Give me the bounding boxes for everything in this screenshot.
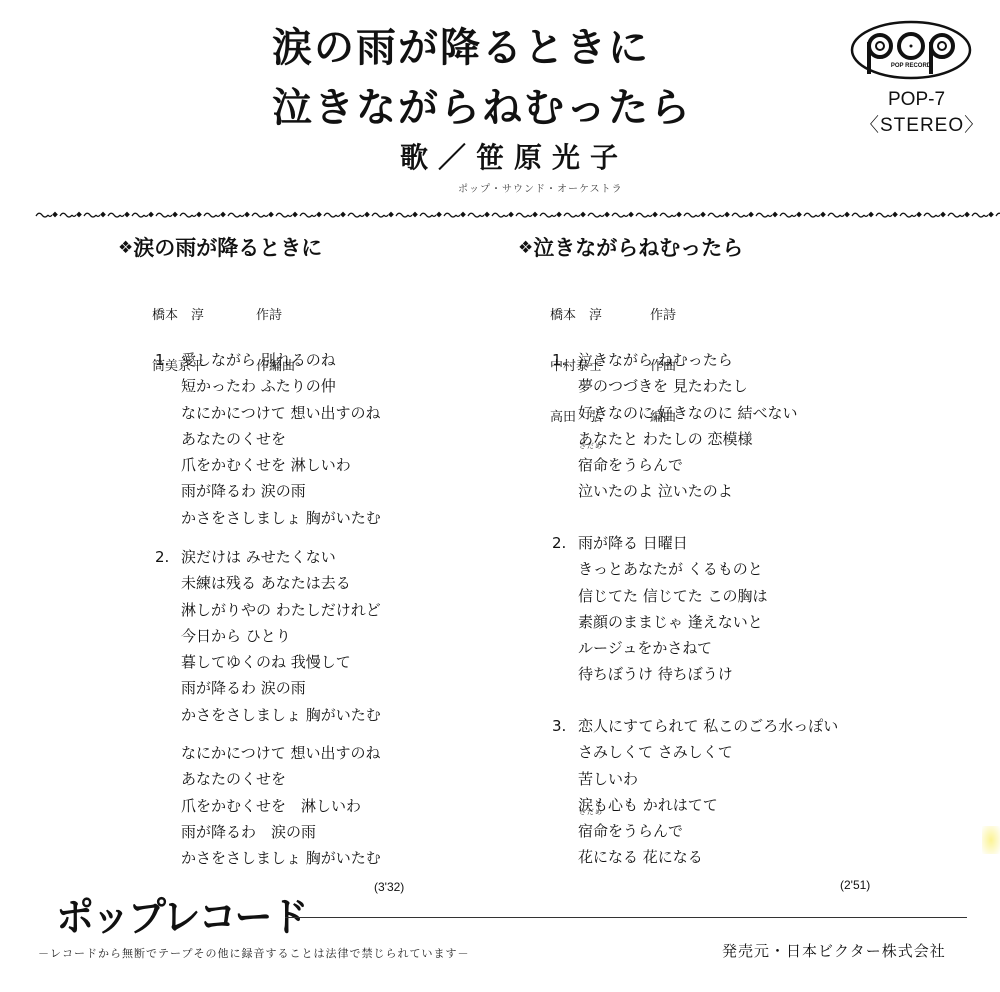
- lyric-line: 雨が降るわ 涙の雨: [181, 675, 306, 701]
- orchestra-credit: ポップ・サウンド・オーケストラ: [458, 180, 623, 195]
- credit-row: 橋本 淳作詩: [550, 307, 676, 324]
- format-label: 〈STEREO〉: [860, 116, 984, 135]
- copyright-notice: －レコードから無断でテープその他に録音することは法律で禁じられています－: [38, 945, 469, 961]
- lyric-line: きっとあなたが くるものと: [578, 556, 763, 582]
- lyric-line: 淋しがりやの わたしだけれど: [181, 597, 381, 623]
- pop-record-logo: POP RECORD: [850, 20, 972, 80]
- verse-number: 3.: [552, 713, 566, 739]
- verse-number: 2.: [552, 530, 566, 556]
- lyric-line: 爪をかむくせを 淋しいわ: [181, 452, 351, 478]
- lyric-line: 泣きながら ねむったら: [578, 347, 733, 373]
- lyric-line: 宿命をうらんで: [578, 818, 683, 844]
- ornamental-divider: [35, 207, 1000, 223]
- lyric-line: 暮してゆくのね 我慢して: [181, 649, 351, 675]
- lyric-line: 素顔のままじゃ 逢えないと: [578, 609, 763, 635]
- lyric-line: ルージュをかさねて: [578, 635, 712, 661]
- lyric-line: 苦しいわ: [578, 766, 638, 792]
- verse-number: 1.: [155, 347, 169, 373]
- credit-role: 作詩: [650, 308, 676, 323]
- lyric-line: 泣いたのよ 泣いたのよ: [578, 478, 733, 504]
- scan-smudge: [982, 826, 1000, 854]
- lyric-line: 涙だけは みせたくない: [181, 544, 336, 570]
- ruby-annotation: さだめ: [579, 809, 603, 816]
- credit-name: 橋本 淳: [152, 307, 256, 324]
- lyric-line: 愛しながら 別れるのね: [181, 347, 336, 373]
- lyric-line: 待ちぼうけ 待ちぼうけ: [578, 661, 733, 687]
- song-b-duration: (2'51): [840, 878, 870, 892]
- lyric-line: あなたのくせを: [181, 426, 286, 452]
- credit-row: 橋本 淳作詩: [152, 307, 295, 324]
- lyric-line: かさをさしましょ 胸がいたむ: [181, 505, 381, 531]
- credit-role: 作詩: [256, 308, 282, 323]
- lyric-line: 恋人にすてられて 私このごろ水っぽい: [578, 713, 838, 739]
- lyric-line: 短かったわ ふたりの仲: [181, 373, 336, 399]
- lyric-line: 爪をかむくせを 淋しいわ: [181, 793, 361, 819]
- song-a-heading: ❖涙の雨が降るときに: [118, 238, 322, 259]
- song-b-title: 泣きながらねむったら: [533, 236, 743, 260]
- lyric-line: 雨が降る 日曜日: [578, 530, 688, 556]
- title-song-b: 泣きながらねむったら: [272, 88, 692, 128]
- song-a-duration: (3'32): [374, 880, 404, 894]
- lyric-line: 信じてた 信じてた この胸は: [578, 583, 768, 609]
- lyric-line: あなたと わたしの 恋模様: [578, 426, 753, 452]
- lyric-line: 宿命をうらんで: [578, 452, 683, 478]
- publisher-label: 発売元・日本ビクター株式会社: [722, 940, 946, 961]
- credit-name: 橋本 淳: [550, 307, 650, 324]
- ornament-icon: ❖: [518, 238, 533, 258]
- lyric-line: 今日から ひとり: [181, 623, 291, 649]
- lyric-line: 未練は残る あなたは去る: [181, 570, 351, 596]
- lyric-line: 夢のつづきを 見たわたし: [578, 373, 748, 399]
- lyric-line: 雨が降るわ 涙の雨: [181, 478, 306, 504]
- pop-record-wordmark: ポップレコード: [56, 897, 306, 937]
- lyric-line: なにかにつけて 想い出すのね: [181, 740, 380, 766]
- pop-record-logo-icon: POP RECORD: [850, 20, 972, 80]
- lyric-line: なにかにつけて 想い出すのね: [181, 400, 380, 426]
- verse-number: 1.: [552, 347, 566, 373]
- lyric-line: 雨が降るわ 涙の雨: [181, 819, 316, 845]
- catalog-number: POP-7: [888, 90, 945, 109]
- song-b-heading: ❖泣きながらねむったら: [518, 238, 743, 259]
- lyric-line: かさをさしましょ 胸がいたむ: [181, 702, 381, 728]
- lyric-line: 好きなのに 好きなのに 結べない: [578, 400, 798, 426]
- title-song-a: 涙の雨が降るときに: [272, 28, 650, 68]
- footer-rule: [285, 917, 967, 918]
- lyric-line: かさをさしましょ 胸がいたむ: [181, 845, 381, 871]
- song-a-title: 涙の雨が降るときに: [133, 236, 322, 260]
- lyric-line: さみしくて さみしくて: [578, 739, 733, 765]
- lyric-line: あなたのくせを: [181, 766, 286, 792]
- ruby-annotation: さだめ: [579, 443, 603, 450]
- lyric-line: 花になる 花になる: [578, 844, 703, 870]
- ornament-icon: ❖: [118, 238, 133, 258]
- ornament-border-icon: [35, 207, 1000, 223]
- singer-credit: 歌／笹原光子: [400, 144, 628, 172]
- svg-text:POP RECORD: POP RECORD: [891, 63, 932, 69]
- verse-number: 2.: [155, 544, 169, 570]
